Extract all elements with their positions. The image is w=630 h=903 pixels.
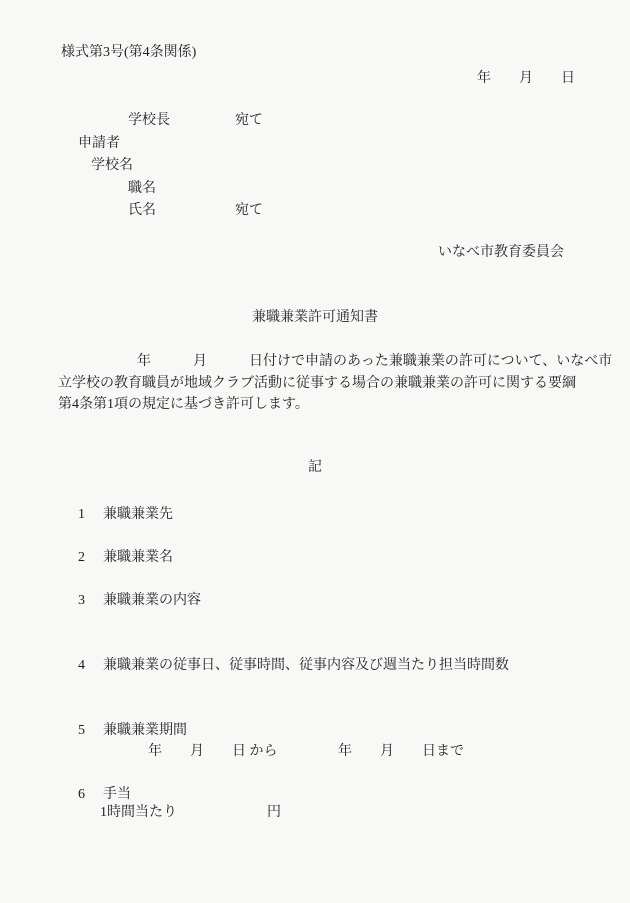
allowance-hourly-label: 1時間当たり [100,804,177,821]
item-1-number: 1 [78,506,85,523]
item-2-number: 2 [78,549,85,566]
item-6-number: 6 [78,786,85,803]
issue-date-line: 年 月 日 [477,70,575,87]
ki-marker: 記 [0,459,630,476]
applicant-label: 申請者 [78,135,120,152]
item-3-number: 3 [78,592,85,609]
document-page: 様式第3号(第4条関係) 年 月 日 学校長 宛て 申請者 学校名 職名 氏名 … [0,0,630,903]
item-3-label: 兼職兼業の内容 [103,592,201,609]
job-title-label: 職名 [128,180,156,197]
item-6-label: 手当 [103,786,131,803]
body-line-2: 立学校の教育職員が地域クラブ活動に従事する場合の兼職兼業の許可に関する要綱 [58,375,576,392]
item-4-number: 4 [78,657,85,674]
period-to-line: 年 月 日まで [338,743,464,760]
item-2-label: 兼職兼業名 [103,549,173,566]
period-from-line: 年 月 日 から [148,743,278,760]
item-5-number: 5 [78,722,85,739]
item-5-label: 兼職兼業期間 [103,722,187,739]
allowance-currency-unit: 円 [267,804,281,821]
body-line-3: 第4条第1項の規定に基づき許可します。 [58,396,309,413]
school-name-label: 学校名 [91,157,133,174]
item-1-label: 兼職兼業先 [103,506,173,523]
name-suffix: 宛て [235,202,263,219]
item-4-label: 兼職兼業の従事日、従事時間、従事内容及び週当たり担当時間数 [103,657,509,674]
name-label: 氏名 [128,202,156,219]
form-number: 様式第3号(第4条関係) [61,44,196,61]
issuer-name: いなべ市教育委員会 [438,244,564,261]
principal-label: 学校長 [128,112,170,129]
document-title: 兼職兼業許可通知書 [0,309,630,326]
principal-suffix: 宛て [235,112,263,129]
body-line-1: 年 月 日付けで申請のあった兼職兼業の許可について、いなべ市 [137,353,612,370]
